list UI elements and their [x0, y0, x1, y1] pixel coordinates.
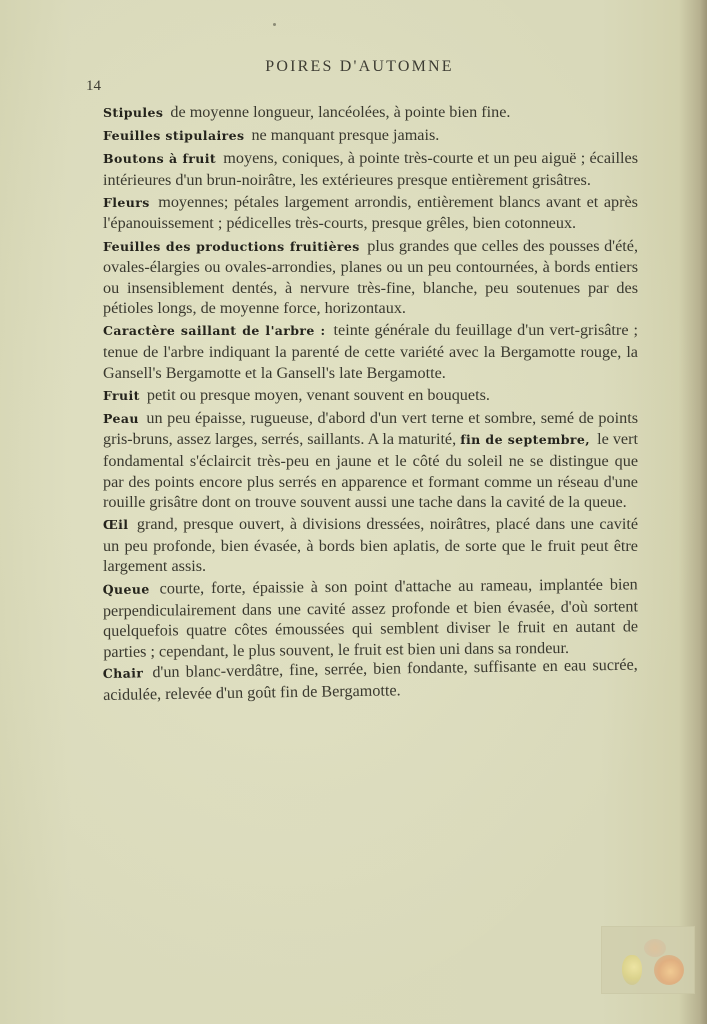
paragraph-body: de moyenne longueur, lancéolées, à point…: [170, 103, 510, 121]
paragraph-chair: Chair d'un blanc-verdâtre, fine, serrée,…: [103, 655, 639, 706]
paragraph-stipules: Stipules de moyenne longueur, lancéolées…: [103, 102, 638, 124]
paragraph-fleurs: Fleurs moyennes; pétales largement arron…: [103, 192, 638, 234]
paragraph-body: petit ou presque moyen, venant souvent e…: [147, 386, 490, 404]
pear-icon: [654, 955, 684, 985]
inline-heading-maturity: fin de septembre,: [460, 432, 590, 447]
paragraph-heading: Œil: [103, 517, 128, 532]
description-text: Stipules de moyenne longueur, lancéolées…: [103, 102, 638, 707]
pear-icon: [644, 939, 666, 957]
paragraph-heading: Stipules: [103, 105, 163, 120]
paragraph-fruit: Fruit petit ou presque moyen, venant sou…: [103, 385, 638, 407]
paragraph-body: ne manquant presque jamais.: [251, 126, 439, 144]
paragraph-heading: Boutons à fruit: [103, 151, 216, 166]
running-head: POIRES D'AUTOMNE: [0, 58, 707, 76]
faded-pear-illustration: [601, 926, 695, 994]
paragraph-heading: Queue: [103, 581, 150, 596]
paragraph-heading: Caractère saillant de l'arbre :: [103, 323, 326, 338]
book-page: POIRES D'AUTOMNE 14 Stipules de moyenne …: [0, 0, 707, 1024]
pear-icon: [622, 955, 642, 985]
paragraph-body: d'un blanc-verdâtre, fine, serrée, bien …: [103, 656, 638, 704]
paragraph-boutons: Boutons à fruit moyens, coniques, à poin…: [103, 148, 638, 190]
paragraph-oeil: Œil grand, presque ouvert, à divisions d…: [103, 514, 638, 577]
paragraph-body: moyennes; pétales largement arrondis, en…: [103, 193, 638, 233]
paragraph-feuilles-productions: Feuilles des productions fruitières plus…: [103, 236, 638, 319]
page-number: 14: [86, 78, 101, 95]
paragraph-body: grand, presque ouvert, à divisions dress…: [103, 515, 638, 575]
paragraph-heading: Feuilles des productions fruitières: [103, 239, 360, 254]
paragraph-peau: Peau un peu épaisse, rugueuse, d'abord d…: [103, 408, 638, 513]
paragraph-heading: Peau: [103, 411, 139, 426]
paragraph-feuilles-stipulaires: Feuilles stipulaires ne manquant presque…: [103, 125, 638, 147]
paragraph-heading: Fruit: [103, 388, 140, 403]
paragraph-body: courte, forte, épaissie à son point d'at…: [103, 575, 638, 660]
paragraph-heading: Fleurs: [103, 195, 150, 210]
paragraph-queue: Queue courte, forte, épaissie à son poin…: [103, 574, 639, 662]
paragraph-heading: Feuilles stipulaires: [103, 128, 244, 143]
paper-speck: [273, 23, 276, 26]
paragraph-caractere: Caractère saillant de l'arbre : teinte g…: [103, 320, 638, 383]
paragraph-heading: Chair: [103, 666, 144, 682]
